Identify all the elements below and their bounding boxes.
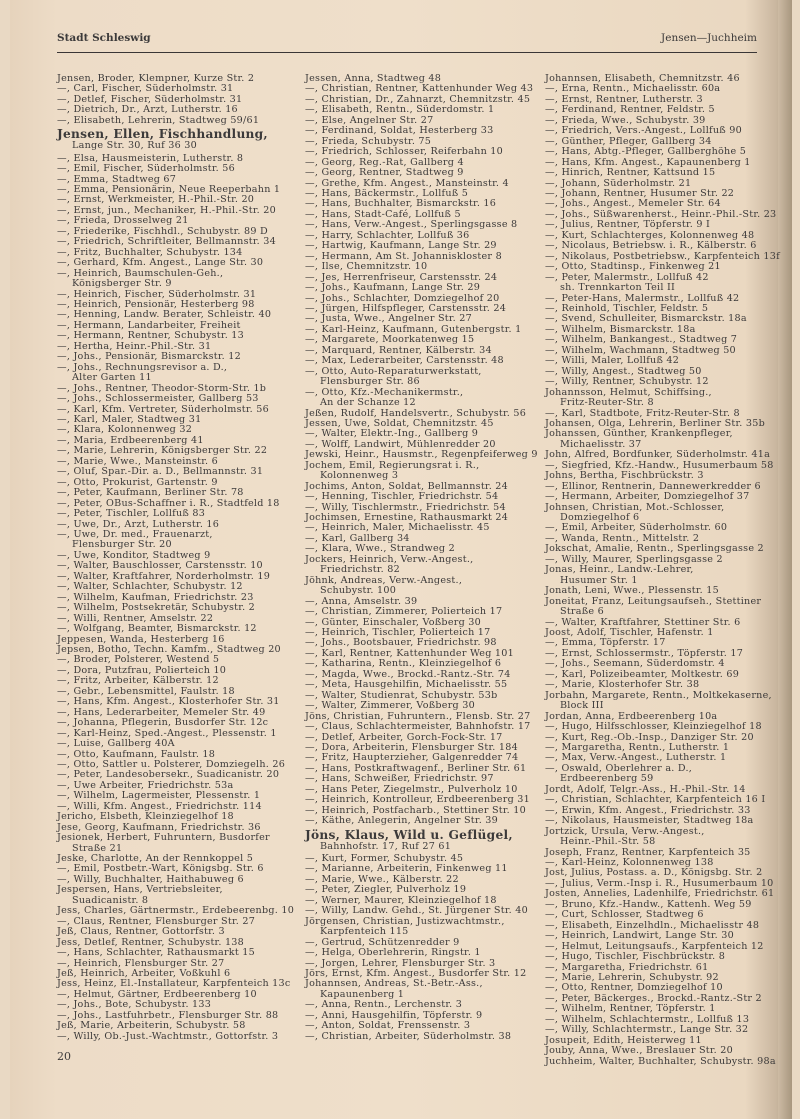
entry-text: —, Ferdinand, Soldat, Hesterberg 33 [305, 125, 494, 136]
directory-entry: —, Johs., Rechnungsrevisor a. D.,Alter G… [57, 363, 307, 384]
directory-entry: —, Oswald, Oberlehrer a. D.,Erdbeerenber… [545, 764, 795, 785]
entry-text: —, Johs., Bootsbauer, Friedrichstr. 98 [305, 637, 497, 648]
entry-text: —, Willy, Angest., Stadtweg 50 [545, 366, 702, 377]
entry-text: —, Käthe, Anlegerin, Angelner Str. 39 [305, 815, 498, 826]
entry-text: Jeß, Claus, Rentner, Gottorfstr. 3 [57, 926, 225, 937]
directory-entry: Jesionek, Herbert, Fuhruntern, Busdorfer… [57, 833, 307, 854]
entry-text: —, Uwe Arbeiter, Friedrichstr. 53a [57, 780, 233, 791]
entry-text: —, Kurt, Schlachterges, Kolonnenweg 48 [545, 230, 754, 241]
entry-text: Jess, Charles, Gärtnermstr., Erdebeerenb… [57, 905, 294, 916]
entry-text: Jordt, Adolf, Telgr.-Ass., H.-Phil.-Str.… [545, 784, 746, 795]
directory-entry: Juchheim, Walter, Buchhalter, Schubystr.… [545, 1057, 795, 1067]
entry-text: Jortzick, Ursula, Verw.-Angest., [545, 826, 705, 837]
entry-text: —, Luise, Gallberg 40A [57, 738, 175, 749]
entry-text: —, Johs., Pensionär, Bismarckstr. 12 [57, 351, 241, 362]
column-3: Johannsen, Elisabeth, Chemnitzstr. 46—, … [545, 74, 795, 1067]
entry-text: —, Hans Peter, Ziegelmstr., Pulverholz 1… [305, 784, 518, 795]
entry-text: Jokschat, Amalie, Rentn., Sperlingsgasse… [545, 543, 764, 554]
entry-text: —, Hans, Kfm. Angest., Kapaunenberg 1 [545, 157, 751, 168]
entry-text: —, Peter-Hans, Malermstr., Lollfuß 42 [545, 293, 739, 304]
entry-text: —, Oswald, Oberlehrer a. D., [545, 763, 692, 774]
entry-text: Johannsson, Helmut, Schiffsing., [545, 387, 712, 398]
entry-text: —, Otto, Prokurist, Gartenstr. 9 [57, 477, 218, 488]
entry-text: Joseph, Franz, Rentner, Karpfenteich 35 [545, 847, 751, 858]
entry-text: —, Christian, Dr., Zahnarzt, Chemnitzstr… [305, 94, 530, 105]
entry-text: Jeppesen, Wanda, Hesterberg 16 [57, 634, 225, 645]
directory-entry: Jochem, Emil, Regierungsrat i. R.,Kolonn… [305, 461, 550, 482]
entry-text: —, Svend, Schulleiter, Bismarckstr. 18a [545, 313, 747, 324]
entry-text: —, Anni, Hausgehilfin, Töpferstr. 9 [305, 1010, 482, 1021]
entry-text: —, Willi, Maler, Lollfuß 42 [545, 355, 679, 366]
entry-text: —, Karl, Gallberg 34 [305, 533, 410, 544]
entry-text: —, Wolfgang, Beamter, Bismarckstr. 12 [57, 623, 257, 634]
entry-text: Jess, Detlef, Rentner, Schubystr. 138 [57, 937, 244, 948]
entry-text: —, Oluf, Spar.-Dir. a. D., Bellmannstr. … [57, 466, 263, 477]
entry-text: —, Heinrich, Maler, Michaelisstr. 45 [305, 522, 490, 533]
entry-text: —, Peter, Landesobersekr., Suadicanistr.… [57, 769, 279, 780]
entry-text: —, Broder, Polsterer, Westend 5 [57, 654, 219, 665]
directory-entry-advert: Jensen, Ellen, Fischhandlung,Lange Str. … [57, 128, 307, 151]
entry-text: —, Wilhelm, Bismarckstr. 18a [545, 324, 696, 335]
entry-text: —, Jorgen, Lehrer, Flensburger Str. 3 [305, 958, 495, 969]
entry-text: Jörgensen, Christian, Justizwachtmstr., [305, 916, 505, 927]
entry-text: —, Gertrud, Schützenredder 9 [305, 937, 460, 948]
entry-text: —, Margaretha, Friedrichstr. 61 [545, 962, 709, 973]
entry-text: —, Ellinor, Rentnerin, Dannewerkredder 6 [545, 481, 761, 492]
entry-text: —, Ernst, jun., Mechaniker, H.-Phil.-Str… [57, 205, 276, 216]
entry-text: —, Wilhelm, Rentner, Töpferstr. 1 [545, 1003, 716, 1014]
entry-text: —, Hertha, Heinr.-Phil.-Str. 31 [57, 341, 211, 352]
entry-text: —, Reinhold, Tischler, Feldstr. 5 [545, 303, 708, 314]
entry-text: —, Elisabeth, Rentn., Süderdomstr. 1 [305, 104, 494, 115]
entry-text: —, Helga, Oberlehrerin, Ringstr. 1 [305, 947, 481, 958]
directory-entry: —, Willy, Ob.-Just.-Wachtmstr., Gottorfs… [57, 1032, 307, 1042]
entry-text: —, Peter, Bäckerges., Brockd.-Rantz.-Str… [545, 993, 762, 1004]
entry-text: —, Johs., Schlossermeister, Gallberg 53 [57, 393, 259, 404]
entry-text: Jouby, Anna, Wwe., Breslauer Str. 20 [545, 1045, 733, 1056]
entry-text: —, Johs., Rechnungsrevisor a. D., [57, 362, 227, 373]
header-city: Stadt Schleswig [57, 32, 151, 44]
entry-text: —, Max, Verw.-Angest., Lutherstr. 1 [545, 752, 726, 763]
entry-text: —, Hinrich, Rentner, Kattsund 15 [545, 167, 715, 178]
entry-text: —, Emma, Töpferstr. 17 [545, 637, 666, 648]
entry-text: —, Heinrich, Tischler, Polierteich 17 [305, 627, 491, 638]
entry-text: —, Hermann, Arbeiter, Domziegelhof 37 [545, 491, 749, 502]
entry-text: —, Otto, Kfz.-Mechanikermstr., [305, 387, 463, 398]
entry-text: —, Margaretha, Rentn., Lutherstr. 1 [545, 742, 729, 753]
entry-text: —, Johs., Angest., Memeler Str. 64 [545, 198, 721, 209]
entry-text: Jensen, Broder, Klempner, Kurze Str. 2 [57, 73, 254, 84]
entry-text: —, Hans, Kfm. Angest., Klosterhofer Str.… [57, 696, 280, 707]
entry-text: —, Heinrich, Kontrolleur, Erdbeerenberg … [305, 794, 530, 805]
entry-text: —, Ferdinand, Rentner, Feldstr. 5 [545, 104, 715, 115]
entry-text: —, Marie, Klosterhofer Str. 38 [545, 679, 699, 690]
entry-text: —, Claus, Schlachtermeister, Bahnhofstr.… [305, 721, 531, 732]
entry-text: —, Karl, Rentner, Kattenhunder Weg 101 [305, 648, 514, 659]
entry-text: —, Karl-Heinz, Kaufmann, Gutenbergstr. 1 [305, 324, 521, 335]
entry-text: Jepsen, Botho, Techn. Kamfm., Stadtweg 2… [57, 644, 281, 655]
header-rule [57, 52, 757, 53]
entry-text: —, Wolff, Landwirt, Mühlenredder 20 [305, 439, 496, 450]
directory-entry: —, Heinrich, Baumschulen-Geh.,Königsberg… [57, 269, 307, 290]
entry-text: —, Ilse, Chemnitzstr. 10 [305, 261, 427, 272]
directory-entry: Johannsen, Andreas, St.-Betr.-Ass.,Kapau… [305, 979, 550, 1000]
entry-continuation: Bahnhofstr. 17, Ruf 27 61 [305, 842, 550, 852]
entry-text: Johannsen, Andreas, St.-Betr.-Ass., [305, 978, 483, 989]
entry-text: —, Marie, Wwe., Mansteinstr. 6 [57, 456, 218, 467]
entry-text: Jockers, Heinrich, Verw.-Angest., [305, 554, 473, 565]
entry-text: —, Meta, Hausgehilfin, Michaelisstr. 55 [305, 679, 507, 690]
entry-text: —, Henning, Landw. Berater, Schleistr. 4… [57, 309, 271, 320]
entry-text: Johannsen, Elisabeth, Chemnitzstr. 46 [545, 73, 740, 84]
entry-text: —, Hans, Schlachter, Rathausmarkt 15 [57, 947, 255, 958]
entry-text: —, Elisabeth, Lehrerin, Stadtweg 59/61 [57, 115, 259, 126]
directory-entry: —, Uwe, Dr. med., Frauenarzt,Flensburger… [57, 530, 307, 551]
entry-text: —, Max, Lederarbeiter, Carstensstr. 48 [305, 355, 504, 366]
entry-text: —, Karl-Heinz, Sped.-Angest., Plessenstr… [57, 728, 277, 739]
entry-text: Joost, Adolf, Tischler, Hafenstr. 1 [545, 627, 714, 638]
entry-text: Jonath, Leni, Wwe., Plessenstr. 15 [545, 585, 719, 596]
entry-text: —, Julius, Rentner, Töpferstr. 9 I [545, 219, 710, 230]
entry-text: Jöhnk, Andreas, Verw.-Angest., [305, 575, 462, 586]
entry-text: Jöns, Klaus, Wild u. Geflügel, [305, 828, 513, 842]
entry-text: —, Uwe, Dr., Arzt, Lutherstr. 16 [57, 519, 219, 530]
entry-text: —, Gerhard, Kfm. Angest., Lange Str. 30 [57, 257, 263, 268]
entry-text: —, Dora, Putzfrau, Polierteich 10 [57, 665, 226, 676]
directory-entry: Jöhnk, Andreas, Verw.-Angest.,Schubystr.… [305, 576, 550, 597]
entry-text: —, Heinrich, Landwirt, Lange Str. 30 [545, 930, 734, 941]
entry-text: —, Karl, Kfm. Vertreter, Süderholmstr. 5… [57, 404, 269, 415]
entry-text: —, Otto, Sattler u. Polsterer, Domziegel… [57, 759, 285, 770]
entry-text: —, Klara, Kolonnenweg 32 [57, 424, 192, 435]
entry-text: —, Hans, Stadt-Café, Lollfuß 5 [305, 209, 461, 220]
entry-text: —, Kurt, Reg.-Ob.-Insp., Danziger Str. 2… [545, 732, 754, 743]
entry-text: —, Fritz, Arbeiter, Kälberstr. 12 [57, 675, 219, 686]
entry-text: —, Otto, Kaufmann, Faulstr. 18 [57, 749, 215, 760]
entry-text: —, Emma, Stadtweg 67 [57, 174, 176, 185]
entry-text: —, Friedrich, Schlosser, Reiferbahn 10 [305, 146, 503, 157]
entry-text: —, Anna, Amselstr. 39 [305, 596, 417, 607]
entry-text: —, Hugo, Hilfsschlosser, Kleinziegelhof … [545, 721, 762, 732]
entry-text: Jeske, Charlotte, An der Rennkoppel 5 [57, 853, 253, 864]
entry-text: —, Julius, Verm.-Insp i. R., Husumerbaum… [545, 878, 774, 889]
entry-text: —, Erwin, Kfm. Angest., Friedrichstr. 33 [545, 805, 751, 816]
entry-text: —, Hans, Bäckermstr., Lollfuß 5 [305, 188, 468, 199]
entry-text: —, Emil, Postbetr.-Wart, Königsbg. Str. … [57, 863, 264, 874]
header-name-range: Jensen—Juchheim [661, 32, 757, 44]
entry-text: —, Anton, Soldat, Frenssenstr. 3 [305, 1020, 470, 1031]
entry-text: —, Maria, Erdbeerenberg 41 [57, 435, 204, 446]
entry-text: Jost, Julius, Postass. a. D., Königsbg. … [545, 867, 763, 878]
entry-text: —, Wilhelm, Lagermeister, Plessenstr. 1 [57, 790, 260, 801]
entry-text: —, Helmut, Leitungsaufs., Karpfenteich 1… [545, 941, 764, 952]
entry-text: —, Heinrich, Postfacharb., Stettiner Str… [305, 805, 526, 816]
entry-text: —, Willy, Buchhalter, Haithabuweg 6 [57, 874, 244, 885]
entry-text: —, Emil, Fischer, Süderholmstr. 56 [57, 163, 235, 174]
entry-text: —, Johs., Kaufmann, Lange Str. 29 [305, 282, 480, 293]
entry-text: —, Carl, Fischer, Süderholmstr. 31 [57, 83, 233, 94]
entry-text: —, Hans, Buchhalter, Bismarckstr. 16 [305, 198, 496, 209]
directory-entry: Jörgensen, Christian, Justizwachtmstr.,K… [305, 917, 550, 938]
entry-text: —, Willy, Maurer, Sperlingsgasse 2 [545, 554, 723, 565]
entry-text: —, Walter, Bauschlosser, Carstensstr. 10 [57, 560, 263, 571]
entry-text: Jessen, Anna, Stadtweg 48 [305, 73, 441, 84]
entry-text: —, Christian, Schlachter, Karpfenteich 1… [545, 794, 765, 805]
entry-text: —, Willy, Schlachtermstr., Lange Str. 32 [545, 1024, 748, 1035]
entry-text: —, Johs., Süßwarenherst., Heinr.-Phil.-S… [545, 209, 776, 220]
entry-text: —, Elisabeth, Einzelhdln., Michaelisstr … [545, 920, 759, 931]
entry-text: —, Else, Angelner Str. 27 [305, 115, 433, 126]
entry-text: —, Frieda, Wwe., Schubystr. 39 [545, 115, 706, 126]
entry-text: Johnsen, Christian, Mot.-Schlosser, [545, 502, 724, 513]
entry-text: —, Hermann, Rentner, Schubystr. 13 [57, 330, 244, 341]
entry-text: —, Elsa, Hausmeisterin, Lutherstr. 8 [57, 153, 243, 164]
entry-text: —, Harry, Schlachter, Lollfuß 36 [305, 230, 470, 241]
entry-text: Josten, Annelies, Ladenhilfe, Friedrichs… [545, 888, 774, 899]
entry-text: —, Friedrich, Vers.-Angest., Lollfuß 90 [545, 125, 742, 136]
directory-entry: —, Käthe, Anlegerin, Angelner Str. 39 [305, 816, 550, 826]
entry-text: —, Johann, Süderholmstr. 21 [545, 178, 691, 189]
entry-text: —, Dietrich, Dr., Arzt, Lutherstr. 16 [57, 104, 238, 115]
entry-text: —, Ernst, Schlossermstr., Töpferstr. 17 [545, 648, 743, 659]
entry-text: —, Fritz, Haupterzieher, Galgenredder 74 [305, 752, 518, 763]
entry-text: John, Alfred, Bordfunker, Süderholmstr. … [545, 449, 770, 460]
entry-text: —, Johs., Seemann, Süderdomstr. 4 [545, 658, 725, 669]
entry-text: —, Werner, Maurer, Kleinziegelhof 18 [305, 895, 497, 906]
entry-text: —, Wanda, Rentn., Mittelstr. 2 [545, 533, 699, 544]
entry-text: —, Claus, Rentner, Flensburger Str. 27 [57, 916, 255, 927]
entry-text: —, Henning, Tischler, Friedrichstr. 54 [305, 491, 498, 502]
entry-text: Jessen, Uwe, Soldat, Chemnitzstr. 45 [305, 418, 494, 429]
entry-text: —, Ernst, Werkmeister, H.-Phil.-Str. 20 [57, 194, 254, 205]
entry-text: —, Friederike, Fischhdl., Schubystr. 89 … [57, 226, 268, 237]
entry-text: —, Johann, Rentner, Husumer Str. 22 [545, 188, 734, 199]
entry-text: —, Walter, Kraftfahrer, Norderholmstr. 1… [57, 571, 270, 582]
entry-text: —, Hans, Schweißer, Friedrichstr. 97 [305, 773, 494, 784]
entry-text: —, Karl-Heinz, Kolonnenweg 138 [545, 857, 714, 868]
entry-text: —, Frieda, Drosselweg 21 [57, 215, 189, 226]
entry-text: Jochem, Emil, Regierungsrat i. R., [305, 460, 479, 471]
entry-text: —, Willy, Landw. Gehd., St. Jürgener Str… [305, 905, 528, 916]
column-1: Jensen, Broder, Klempner, Kurze Str. 2—,… [57, 74, 307, 1042]
entry-text: —, Hartwig, Kaufmann, Lange Str. 29 [305, 240, 497, 251]
entry-text: Jeß, Marie, Arbeiterin, Schubystr. 58 [57, 1020, 246, 1031]
entry-text: —, Justa, Wwe., Angelner Str. 27 [305, 313, 472, 324]
directory-entry: Johanssen, Günther, Krankenpfleger,Micha… [545, 429, 795, 450]
entry-text: —, Margarete, Moorkatenweg 15 [305, 334, 474, 345]
entry-text: Johns, Bertha, Fischbrückstr. 3 [545, 470, 704, 481]
entry-text: —, Jes, Herrenfriseur, Carstensstr. 24 [305, 272, 497, 283]
entry-text: Johanssen, Günther, Krankenpfleger, [545, 428, 733, 439]
entry-text: —, Karl, Polizeibeamter, Moltkestr. 69 [545, 669, 739, 680]
entry-text: Jeß, Heinrich, Arbeiter, Voßkuhl 6 [57, 968, 230, 979]
entry-text: —, Emma, Pensionärin, Neue Reeperbahn 1 [57, 184, 280, 195]
entry-text: —, Hans, Verw.-Angest., Sperlingsgasse 8 [305, 219, 517, 230]
entry-text: —, Uwe, Dr. med., Frauenarzt, [57, 529, 213, 540]
entry-text: —, Johanna, Pflegerin, Busdorfer Str. 12… [57, 717, 268, 728]
entry-text: —, Hugo, Tischler, Fischbrückstr. 8 [545, 951, 725, 962]
entry-text: —, Fritz, Buchhalter, Schubystr. 134 [57, 247, 243, 258]
entry-text: —, Willy, Tischlermstr., Friedrichstr. 5… [305, 502, 506, 513]
entry-text: Jöns, Christian, Fuhruntern., Flensb. St… [305, 711, 531, 722]
entry-text: —, Walter, Zimmerer, Voßberg 30 [305, 700, 475, 711]
entry-text: —, Marquard, Rentner, Kälberstr. 34 [305, 345, 492, 356]
entry-text: —, Heinrich, Baumschulen-Geh., [57, 268, 223, 279]
entry-text: —, Nikolaus, Hausmeister, Stadtweg 18a [545, 815, 754, 826]
entry-text: —, Hermann, Landarbeiter, Freiheit [57, 320, 241, 331]
entry-text: —, Heinrich, Pensionär, Hesterberg 98 [57, 299, 255, 310]
directory-entry: —, Otto, Kfz.-Mechanikermstr.,An der Sch… [305, 388, 550, 409]
directory-entry: —, Christian, Arbeiter, Süderholmstr. 38 [305, 1032, 550, 1042]
entry-text: —, Grethe, Kfm. Angest., Mansteinstr. 4 [305, 178, 509, 189]
entry-text: —, Helmut, Gärtner, Erdbeerenberg 10 [57, 989, 257, 1000]
directory-entry: Jockers, Heinrich, Verw.-Angest.,Friedri… [305, 555, 550, 576]
entry-text: —, Emil, Arbeiter, Süderholmstr. 60 [545, 522, 727, 533]
entry-text: —, Nikolaus, Postbetriebsw., Karpfenteic… [545, 251, 780, 262]
entry-text: —, Wilhelm, Wachmann, Stadtweg 50 [545, 345, 736, 356]
entry-text: —, Wilhelm, Kaufman, Friedrichstr. 23 [57, 592, 254, 603]
entry-text: Joneitat, Franz, Leitungsaufseh., Stetti… [545, 596, 761, 607]
entry-text: —, Johs., Lastfuhrbetr., Flensburger Str… [57, 1010, 278, 1021]
entry-text: —, Peter, Tischler, Lollfuß 83 [57, 508, 205, 519]
entry-text: —, Marie, Lehrerin, Königsberger Str. 22 [57, 445, 267, 456]
entry-text: —, Walter, Studienrat, Schubystr. 53b [305, 690, 497, 701]
page-number: 20 [57, 1050, 71, 1063]
entry-text: —, Johs., Schlachter, Domziegelhof 20 [305, 293, 499, 304]
entry-text: Jonas, Heinr., Landw.-Lehrer, [545, 564, 694, 575]
entry-text: Jordan, Anna, Erdbeerenberg 10a [545, 711, 717, 722]
entry-text: —, Wilhelm, Bankangest., Stadtweg 7 [545, 334, 737, 345]
entry-text: —, Johs., Rentner, Theodor-Storm-Str. 1b [57, 383, 266, 394]
entry-text: Jericho, Elsbeth, Kleinziegelhof 18 [57, 811, 234, 822]
entry-text: —, Wilhelm, Schlachtermstr., Lollfuß 13 [545, 1014, 749, 1025]
entry-text: —, Hans, Abtg.-Pfleger, Gallberghöhe 5 [545, 146, 746, 157]
entry-text: —, Wilhelm, Postsekretär, Schubystr. 2 [57, 602, 255, 613]
entry-text: Jese, Georg, Kaufmann, Friedrichstr. 36 [57, 822, 261, 833]
entry-text: —, Curt, Schlosser, Stadtweg 6 [545, 909, 704, 920]
entry-text: —, Georg, Rentner, Stadtweg 9 [305, 167, 464, 178]
entry-text: —, Georg, Reg.-Rat, Gallberg 4 [305, 157, 464, 168]
entry-text: —, Jürgen, Hilfspfleger, Carstensstr. 24 [305, 303, 506, 314]
entry-text: Juchheim, Walter, Buchhalter, Schubystr.… [545, 1056, 776, 1067]
entry-text: —, Marianne, Arbeiterin, Finkenweg 11 [305, 863, 508, 874]
entry-text: —, Erna, Rentn., Michaelisstr. 60a [545, 83, 720, 94]
entry-text: —, Dora, Arbeiterin, Flensburger Str. 18… [305, 742, 518, 753]
entry-text: —, Otto, Stadtinsp., Finkenweg 21 [545, 261, 721, 272]
entry-text: —, Günther, Pfleger, Gallberg 34 [545, 136, 712, 147]
entry-text: —, Frieda, Schubystr. 75 [305, 136, 431, 147]
directory-entry: Joneitat, Franz, Leitungsaufseh., Stetti… [545, 597, 795, 618]
entry-text: Jensen, Ellen, Fischhandlung, [57, 127, 268, 141]
entry-text: Jeßen, Rudolf, Handelsvertr., Schubystr.… [305, 408, 526, 419]
entry-text: —, Karl, Stadtbote, Fritz-Reuter-Str. 8 [545, 408, 740, 419]
entry-text: —, Anna, Rentn., Lerchenstr. 3 [305, 999, 462, 1010]
entry-text: Jorbahn, Margarete, Rentn., Moltkekasern… [545, 690, 772, 701]
directory-entry: Jortzick, Ursula, Verw.-Angest.,Heinr.-P… [545, 827, 795, 848]
entry-text: Johansen, Olga, Lehrerin, Berliner Str. … [545, 418, 765, 429]
entry-text: —, Willi, Kfm. Angest., Friedrichstr. 11… [57, 801, 262, 812]
entry-text: —, Walter, Schlachter, Schubystr. 12 [57, 581, 243, 592]
directory-entry: Jorbahn, Margarete, Rentn., Moltkekasern… [545, 691, 795, 712]
entry-text: —, Katharina, Rentn., Kleinziegelhof 6 [305, 658, 501, 669]
entry-text: Jess, Heinz, El.-Installateur, Karpfente… [57, 978, 291, 989]
entry-text: —, Marie, Lehrerin, Schubystr. 92 [545, 972, 719, 983]
directory-entry: Jespersen, Hans, Vertriebsleiter,Suadica… [57, 885, 307, 906]
entry-text: —, Willy, Ob.-Just.-Wachtmstr., Gottorfs… [57, 1031, 278, 1042]
entry-text: —, Uwe, Konditor, Stadtweg 9 [57, 550, 210, 561]
directory-entry: Johannsson, Helmut, Schiffsing.,Fritz-Re… [545, 388, 795, 409]
entry-text: —, Kurt, Former, Schubystr. 45 [305, 853, 463, 864]
column-2: Jessen, Anna, Stadtweg 48—, Christian, R… [305, 74, 550, 1042]
entry-text: —, Hans, Postkraftwagenf., Berliner Str.… [305, 763, 526, 774]
entry-text: —, Nicolaus, Betriebsw. i. R., Kälberstr… [545, 240, 757, 251]
entry-text: —, Hermann, Am St. Johanniskloster 8 [305, 251, 502, 262]
entry-text: —, Peter, Ziegler, Pulverholz 19 [305, 884, 466, 895]
entry-text: —, Otto, Auto-Reparaturwerkstatt, [305, 366, 482, 377]
directory-entry: —, Peter, Malermstr., Lollfuß 42sh. Tren… [545, 273, 795, 294]
entry-text: —, Johs., Bote, Schubystr. 133 [57, 999, 211, 1010]
entry-text: —, Günter, Einschaler, Voßberg 30 [305, 617, 481, 628]
entry-text: —, Karl, Maler, Stadtweg 31 [57, 414, 201, 425]
entry-text: Jochims, Anton, Soldat, Bellmannstr. 24 [305, 481, 508, 492]
directory-entry: —, Elisabeth, Lehrerin, Stadtweg 59/61 [57, 116, 307, 126]
entry-text: Jörs, Ernst, Kfm. Angest., Busdorfer Str… [305, 968, 526, 979]
entry-text: —, Heinrich, Flensburger Str. 27 [57, 958, 224, 969]
entry-text: Josupeit, Edith, Heisterweg 11 [545, 1035, 702, 1046]
directory-entry-advert: Jöns, Klaus, Wild u. Geflügel,Bahnhofstr… [305, 829, 550, 852]
page-header: Stadt Schleswig Jensen—Juchheim [57, 32, 757, 52]
entry-text: —, Willy, Rentner, Schubystr. 12 [545, 376, 709, 387]
entry-text: Jochimsen, Ernestine, Rathausmarkt 24 [305, 512, 508, 523]
entry-text: —, Christian, Rentner, Kattenhunder Weg … [305, 83, 533, 94]
entry-text: Jespersen, Hans, Vertriebsleiter, [57, 884, 223, 895]
entry-text: —, Bruno, Kfz.-Handw., Kattenh. Weg 59 [545, 899, 752, 910]
entry-text: —, Gebr., Lebensmittel, Faulstr. 18 [57, 686, 235, 697]
entry-continuation: Lange Str. 30, Ruf 36 30 [57, 141, 307, 151]
entry-text: —, Magda, Wwe., Brockd.-Rantz.-Str. 74 [305, 669, 511, 680]
entry-text: —, Friedrich, Schriftleiter, Bellmannstr… [57, 236, 276, 247]
entry-text: —, Walter, Kraftfahrer, Stettiner Str. 6 [545, 617, 740, 628]
entry-text: —, Willi, Rentner, Amselstr. 22 [57, 613, 213, 624]
entry-text: —, Peter, Malermstr., Lollfuß 42 [545, 272, 709, 283]
entry-text: —, Detlef, Fischer, Süderholmstr. 31 [57, 94, 242, 105]
entry-text: —, Christian, Arbeiter, Süderholmstr. 38 [305, 1031, 511, 1042]
entry-text: —, Otto, Rentner, Domziegelhof 10 [545, 982, 723, 993]
entry-text: —, Christian, Zimmerer, Polierteich 17 [305, 606, 502, 617]
entry-text: —, Hans, Lederarbeiter, Memeler Str. 49 [57, 707, 265, 718]
entry-text: —, Walter, Elektr.-Ing., Gallberg 9 [305, 428, 478, 439]
directory-entry: Johnsen, Christian, Mot.-Schlosser,Domzi… [545, 503, 795, 524]
entry-text: —, Marie, Wwe., Kälberstr. 22 [305, 874, 459, 885]
entry-text: —, Klara, Wwe., Strandweg 2 [305, 543, 455, 554]
entry-text: —, Detlef, Arbeiter, Gorch-Fock-Str. 17 [305, 732, 503, 743]
entry-text: Jewski, Heinr., Hausmstr., Regenpfeiferw… [305, 449, 538, 460]
entry-text: —, Siegfried, Kfz.-Handw., Husumerbaum 5… [545, 460, 774, 471]
entry-text: Jesionek, Herbert, Fuhruntern, Busdorfer [57, 832, 270, 843]
entry-text: —, Peter, OBus-Schaffner i. R., Stadtfel… [57, 498, 280, 509]
directory-entry: —, Otto, Auto-Reparaturwerkstatt,Flensbu… [305, 367, 550, 388]
directory-entry: Jonas, Heinr., Landw.-Lehrer,Husumer Str… [545, 565, 795, 586]
entry-text: —, Ernst, Rentner, Lutherstr. 3 [545, 94, 703, 105]
entry-text: —, Heinrich, Fischer, Süderholmstr. 31 [57, 289, 256, 300]
entry-text: —, Peter, Kaufmann, Berliner Str. 78 [57, 487, 244, 498]
